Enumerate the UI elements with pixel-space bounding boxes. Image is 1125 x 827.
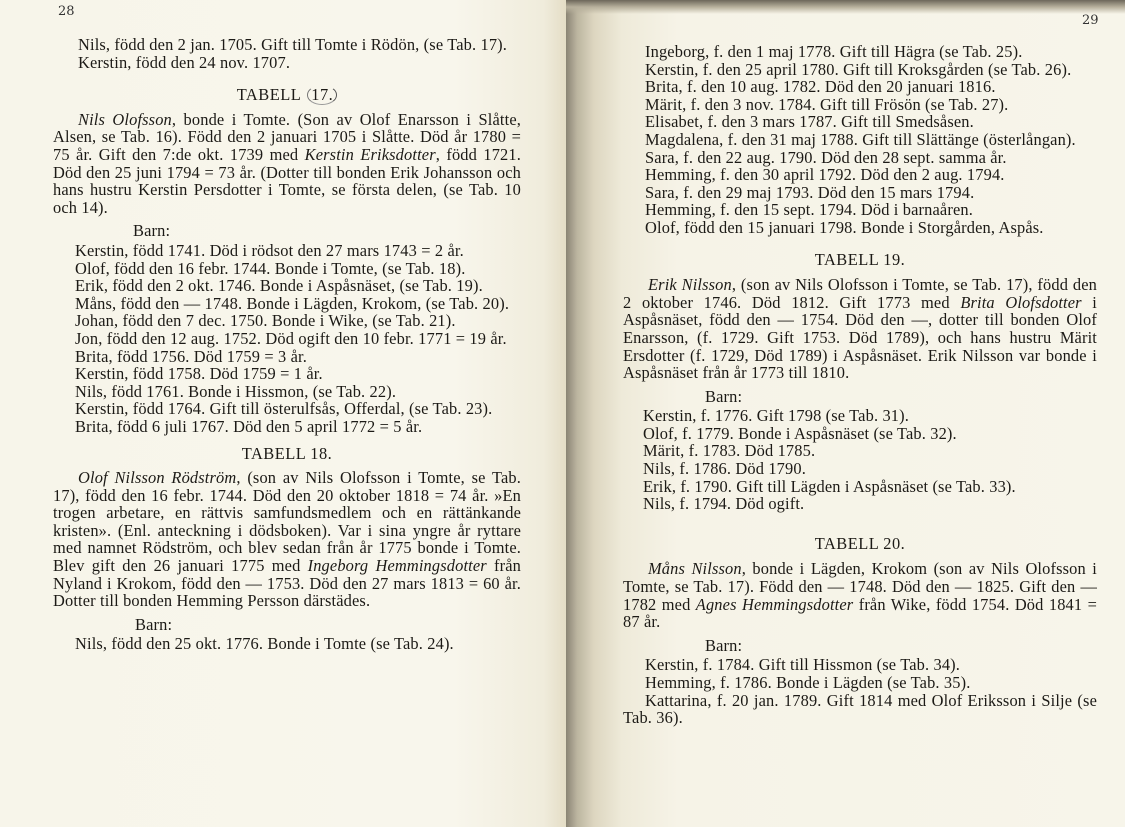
child-entry: Magdalena, f. den 31 maj 1788. Gift till… (623, 131, 1097, 149)
right-page: 29 Ingeborg, f. den 1 maj 1778. Gift til… (566, 0, 1125, 827)
child-entry: Nils, f. 1786. Död 1790. (623, 460, 1097, 478)
child-entry: Hemming, f. 1786. Bonde i Lägden (se Tab… (623, 674, 1097, 692)
page-number: 28 (58, 4, 75, 19)
tabell-20-body: Måns Nilsson, bonde i Lägden, Krokom (so… (623, 560, 1097, 630)
spouse-name: Agnes Hemmingsdotter (696, 595, 854, 614)
child-entry: Kerstin, f. den 25 april 1780. Gift till… (623, 61, 1097, 79)
child-entry: Måns, född den — 1748. Bonde i Lägden, K… (53, 295, 521, 313)
child-entry: Nils, född den 25 okt. 1776. Bonde i Tom… (53, 635, 521, 653)
tabell-17-body: Nils Olofsson, bonde i Tomte. (Son av Ol… (53, 111, 521, 217)
head-name: Nils Olofsson (78, 110, 172, 129)
right-page-text: Ingeborg, f. den 1 maj 1778. Gift till H… (623, 43, 1097, 727)
spouse-name: Brita Olofsdotter (960, 293, 1081, 312)
child-entry: Elisabet, f. den 3 mars 1787. Gift till … (623, 113, 1097, 131)
child-entry: Hemming, f. den 15 sept. 1794. Död i bar… (623, 201, 1097, 219)
child-entry: Kerstin, f. 1776. Gift 1798 (se Tab. 31)… (623, 407, 1097, 425)
child-entry: Brita, f. den 10 aug. 1782. Död den 20 j… (623, 78, 1097, 96)
barn-label: Barn: (623, 637, 1097, 655)
head-name: Måns Nilsson (648, 559, 742, 578)
section-heading-tabell-17: TABELL 17. (53, 85, 521, 105)
child-entry: Ingeborg, f. den 1 maj 1778. Gift till H… (623, 43, 1097, 61)
child-entry: Märit, f. den 3 nov. 1784. Gift till Frö… (623, 96, 1097, 114)
child-entry: Johan, född den 7 dec. 1750. Bonde i Wik… (53, 312, 521, 330)
head-name: Olof Nilsson Rödström (78, 468, 236, 487)
child-entry: Brita, född 6 juli 1767. Död den 5 april… (53, 418, 521, 436)
child-entry: Kerstin, f. 1784. Gift till Hissmon (se … (623, 656, 1097, 674)
child-entry: Olof, född den 15 januari 1798. Bonde i … (623, 219, 1097, 237)
section-heading-tabell-19: TABELL 19. (623, 251, 1097, 269)
child-entry: Jon, född den 12 aug. 1752. Död ogift de… (53, 330, 521, 348)
child-entry: Nils, f. 1794. Död ogift. (623, 495, 1097, 513)
child-entry: Kerstin, född 1758. Död 1759 = 1 år. (53, 365, 521, 383)
tabell-18-body: Olof Nilsson Rödström, (son av Nils Olof… (53, 469, 521, 610)
child-entry: Kerstin, född 1764. Gift till österulfså… (53, 400, 521, 418)
barn-label: Barn: (53, 222, 521, 240)
child-entry: Sara, f. den 22 aug. 1790. Död den 28 se… (623, 149, 1097, 167)
barn-label: Barn: (623, 388, 1097, 406)
spouse-name: Kerstin Eriksdotter (305, 145, 436, 164)
section-heading-tabell-20: TABELL 20. (623, 535, 1097, 553)
child-entry: Olof, född den 16 febr. 1744. Bonde i To… (53, 260, 521, 278)
barn-label: Barn: (53, 616, 521, 634)
child-entry: Sara, f. den 29 maj 1793. Död den 15 mar… (623, 184, 1097, 202)
child-entry: Brita, född 1756. Död 1759 = 3 år. (53, 348, 521, 366)
tabell-19-body: Erik Nilsson, (son av Nils Olofsson i To… (623, 276, 1097, 382)
page-number: 29 (1082, 13, 1099, 28)
child-entry: Kattarina, f. 20 jan. 1789. Gift 1814 me… (623, 692, 1097, 727)
child-entry: Olof, f. 1779. Bonde i Aspåsnäset (se Ta… (623, 425, 1097, 443)
tabell-19-children: Kerstin, f. 1776. Gift 1798 (se Tab. 31)… (623, 407, 1097, 513)
left-page-text: Nils, född den 2 jan. 1705. Gift till To… (53, 36, 521, 653)
handwritten-circle-mark: 17. (307, 85, 337, 105)
left-page: 28 Nils, född den 2 jan. 1705. Gift till… (0, 0, 566, 827)
head-name: Erik Nilsson (648, 275, 732, 294)
spouse-name: Ingeborg Hemmingsdotter (308, 556, 487, 575)
child-entry: Kerstin, född 1741. Död i rödsot den 27 … (53, 242, 521, 260)
section-heading-tabell-18: TABELL 18. (53, 445, 521, 463)
child-entry: Nils, född 1761. Bonde i Hissmon, (se Ta… (53, 383, 521, 401)
entry-kerstin-1707: Kerstin, född den 24 nov. 1707. (53, 54, 521, 72)
entry-nils-1705: Nils, född den 2 jan. 1705. Gift till To… (53, 36, 521, 54)
child-entry: Hemming, f. den 30 april 1792. Död den 2… (623, 166, 1097, 184)
child-entry: Märit, f. 1783. Död 1785. (623, 442, 1097, 460)
child-entry: Erik, f. 1790. Gift till Lägden i Aspåsn… (623, 478, 1097, 496)
child-entry: Erik, född den 2 okt. 1746. Bonde i Aspå… (53, 277, 521, 295)
